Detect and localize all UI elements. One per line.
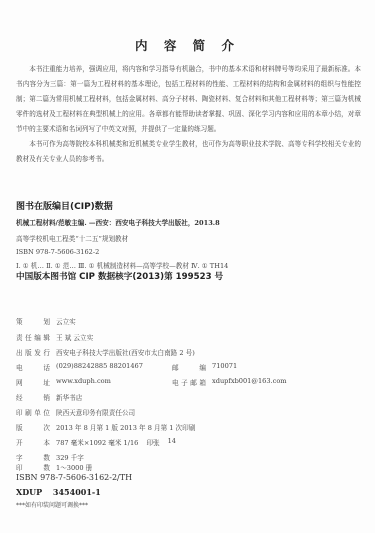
info-label: 电话 [16,362,50,372]
abstract-paragraph: 本书可作为高等院校本科机械类和近机械类专业学生教材，也可作为高等职业技术学院、高… [16,137,361,167]
cip-series-line: 高等学校机电工程类“十二五”规划教材 [16,233,128,243]
info-editor: 责任编辑 王 斌 云立实 [16,332,93,342]
cip-isbn-line: ISBN 978-7-5606-3162-2 [16,248,99,256]
info-value: 陕西天意印务有限责任公司 [56,407,135,417]
info-label: 策划 [16,316,50,326]
cip-header: 图书在版编目(CIP)数据 [16,199,113,212]
info-value: 787 毫米×1092 毫米 1/16 [56,437,138,447]
info-label: 开本 [16,437,50,447]
info-value: 2013 年 8 月第 1 版 2013 年 8 月第 1 次印刷 [56,422,195,432]
info-sheets-value: 14 [168,437,176,447]
info-value: 新华书店 [56,392,82,402]
replacement-notice: ***如有印装问题可调换*** [16,500,88,509]
info-label: 出版发行 [16,347,50,357]
copyright-page: 内 容 简 介 本书注重能力培养，强调应用，将内容和学习指导有机融合，书中的基本… [0,0,375,533]
info-sheets-label: 印张 [146,437,159,447]
info-label: 字数 [16,452,50,462]
info-label: 印刷单位 [16,407,50,417]
info-phone: 电话 (029)88242885 88201467 邮编 710071 [16,362,143,372]
info-value: 1～3000 册 [56,462,92,472]
abstract: 本书注重能力培养，强调应用，将内容和学习指导有机融合，书中的基本术语和材料牌号等… [16,62,361,167]
cip-classification-line: Ⅰ. ① 机… Ⅱ. ① 范… Ⅲ. ① 机械制造材料—高等学校—教材 Ⅳ. ①… [16,260,228,270]
info-value: 云立实 [56,316,76,326]
info-distributor: 经销 新华书店 [16,392,82,402]
info-planner: 策划 云立实 [16,316,76,326]
info-label: 版次 [16,422,50,432]
info-format: 开本 787 毫米×1092 毫米 1/16 印张 14 [16,437,176,447]
page-title: 内 容 简 介 [0,36,375,54]
info-value: 710071 [212,362,237,372]
abstract-paragraph: 本书注重能力培养，强调应用，将内容和学习指导有机融合，书中的基本术语和材料牌号等… [16,62,361,137]
info-printer: 印刷单位 陕西天意印务有限责任公司 [16,407,135,417]
info-value: 西安电子科技大学出版社(西安市太白南路 2 号) [56,347,195,357]
info-postcode: 邮编 710071 [172,362,237,372]
xdup-code: XDUP 3454001-1 [16,487,101,497]
info-value: (029)88242885 88201467 [56,362,143,372]
info-label: 经销 [16,392,50,402]
info-label: 网址 [16,377,50,387]
cip-title-line: 机械工程材料/范敏主编. —西安：西安电子科技大学出版社，2013.8 [16,217,220,227]
info-label: 电子邮箱 [172,377,206,387]
info-value: 329 千字 [56,452,84,462]
info-label: 责任编辑 [16,332,50,342]
info-label: 印数 [16,462,50,472]
info-website: 网址 www.xduph.com 电子邮箱 xdupfxb001@163.com [16,377,111,387]
info-email: 电子邮箱 xdupfxb001@163.com [172,377,287,387]
info-edition: 版次 2013 年 8 月第 1 版 2013 年 8 月第 1 次印刷 [16,422,195,432]
isbn-full: ISBN 978-7-5606-3162-2/TH [16,473,132,482]
info-word-count: 字数 329 千字 [16,452,84,462]
info-value: xdupfxb001@163.com [212,377,287,387]
info-value: 王 斌 云立实 [56,332,93,342]
info-publisher: 出版发行 西安电子科技大学出版社(西安市太白南路 2 号) [16,347,195,357]
info-value: www.xduph.com [56,377,111,387]
info-label: 邮编 [172,362,206,372]
info-print-run: 印数 1～3000 册 [16,462,92,472]
cip-number: 中国版本图书馆 CIP 数据核字(2013)第 199523 号 [16,270,223,282]
